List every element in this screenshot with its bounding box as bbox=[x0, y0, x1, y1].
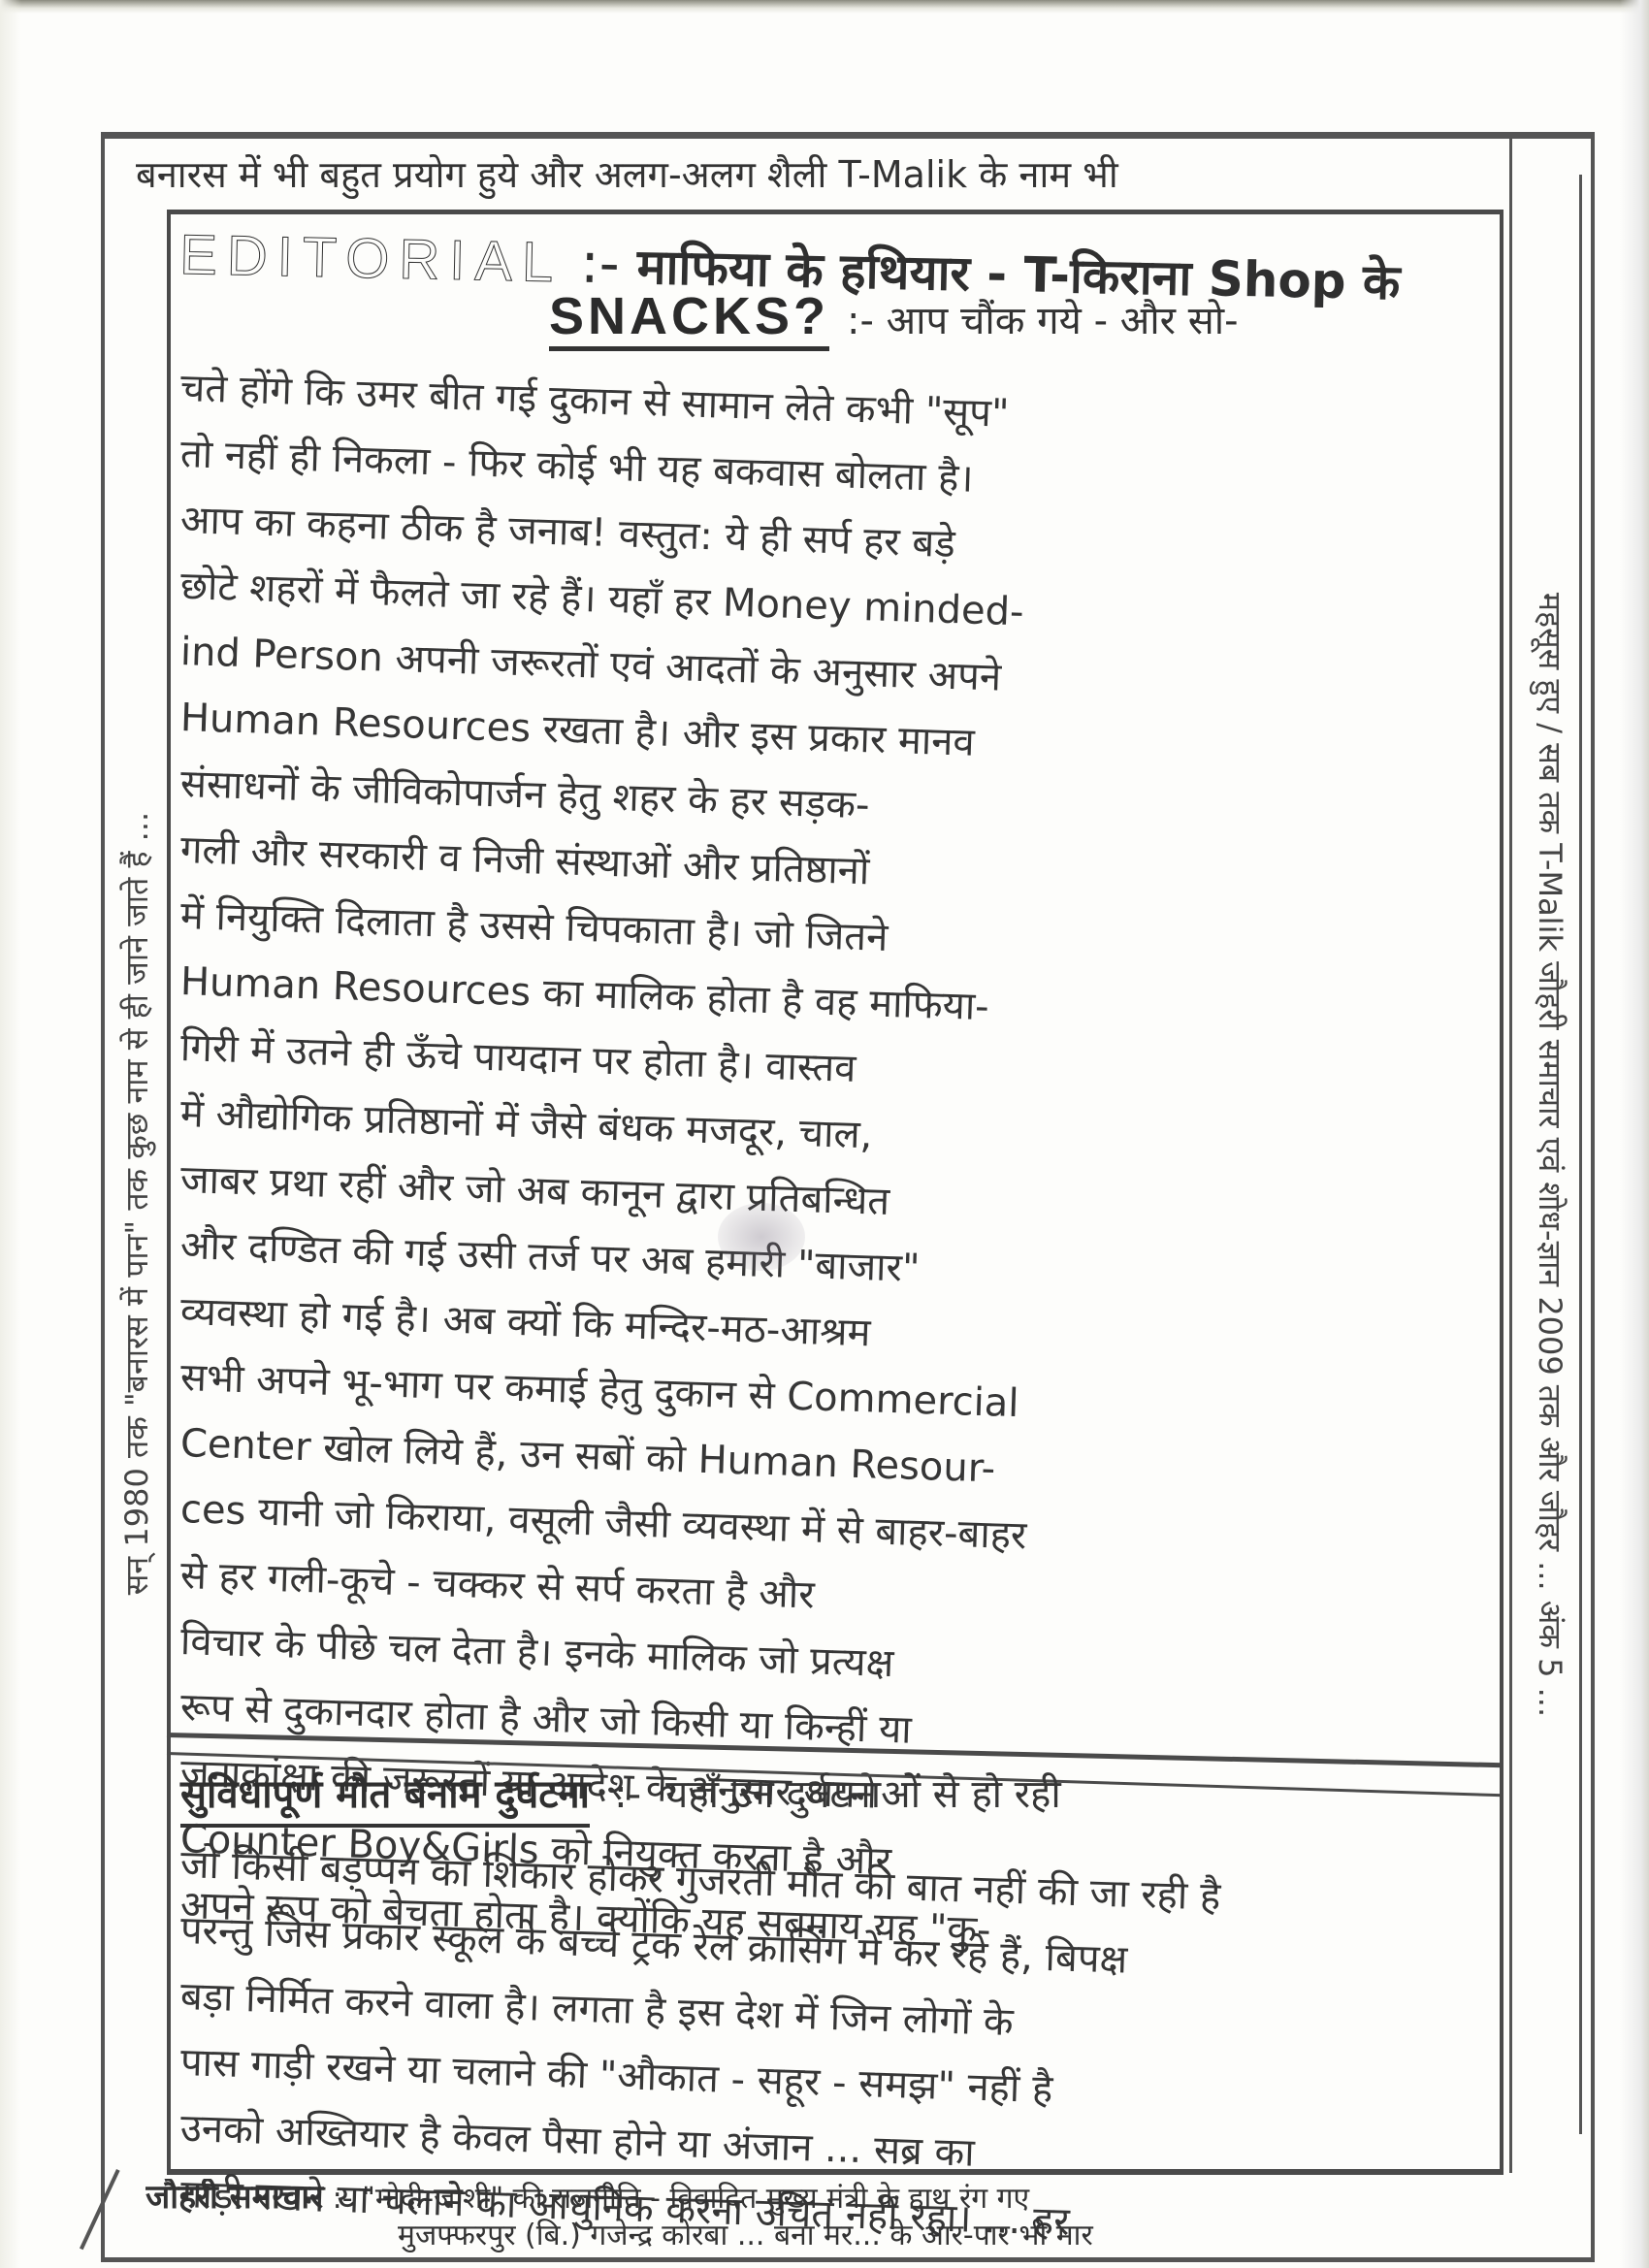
second-article-separator: :- bbox=[614, 1772, 641, 1817]
second-article-title-tail: यहाँ उन दुर्घटनाओं से हो रही bbox=[665, 1766, 1061, 1819]
editorial-body: चते होंगे कि उमर बीत गई दुकान से सामान ल… bbox=[180, 355, 1490, 1938]
left-margin-vertical-text: सन् 1980 तक "बनारस में पान" तक कुछ नाम स… bbox=[113, 204, 161, 2202]
editorial-label: EDITORIAL bbox=[178, 220, 564, 298]
right-margin-rule bbox=[1579, 175, 1582, 2134]
editorial-section: EDITORIAL :- माफिया के हथियार - T-किराना… bbox=[180, 219, 1490, 1938]
right-margin-text-content: महसूस हुए / सब तक T-Malik जौहरी समाचार ए… bbox=[1531, 592, 1572, 1716]
scan-edge-top bbox=[0, 0, 1649, 14]
bottom-news-label: जौहरी समाचार bbox=[145, 2179, 323, 2217]
editorial-heading: EDITORIAL :- माफिया के हथियार - T-किराना… bbox=[178, 219, 1489, 319]
bottom-news-line-2: मुजफ्फरपुर (बि.) गजेन्द्र कोरबा ... बना … bbox=[145, 2218, 1494, 2254]
scan-edge-right bbox=[1620, 0, 1649, 2268]
second-article-body: जो किसी बड़प्पन का शिकार होकर गुजरती मौत… bbox=[180, 1831, 1490, 2227]
top-margin-text-content: बनारस में भी बहुत प्रयोग हुये और अलग-अलग… bbox=[136, 153, 1118, 196]
second-article-heading: सुविधापूर्ण मौत बनाम दुर्घटना :- यहाँ उन… bbox=[180, 1766, 1490, 1828]
bottom-news-text-1: "मोदी-जोशी" की राजनीति - विवादित मुख्य म… bbox=[362, 2182, 1029, 2216]
second-article-section: सुविधापूर्ण मौत बनाम दुर्घटना :- यहाँ उन… bbox=[180, 1766, 1490, 2227]
left-margin-text-content: सन् 1980 तक "बनारस में पान" तक कुछ नाम स… bbox=[116, 811, 158, 1594]
editorial-separator: :- bbox=[580, 228, 621, 299]
page-fold-left bbox=[0, 0, 21, 2268]
ink-smudge bbox=[718, 1203, 805, 1271]
bottom-news-text-2: मुजफ्फरपुर (बि.) गजेन्द्र कोरबा ... बना … bbox=[398, 2219, 1093, 2252]
bottom-news-line-1: जौहरी समाचार :- "मोदी-जोशी" की राजनीति -… bbox=[145, 2179, 1494, 2218]
second-article-title: सुविधापूर्ण मौत बनाम दुर्घटना bbox=[180, 1766, 590, 1828]
bottom-news-strip: जौहरी समाचार :- "मोदी-जोशी" की राजनीति -… bbox=[145, 2179, 1494, 2256]
bottom-divider-line bbox=[167, 2169, 1503, 2174]
right-margin-vertical-text: महसूस हुए / सब तक T-Malik जौहरी समाचार ए… bbox=[1509, 136, 1590, 2173]
bottom-news-separator: :- bbox=[333, 2182, 353, 2216]
top-margin-text: बनारस में भी बहुत प्रयोग हुये और अलग-अलग… bbox=[136, 146, 1494, 204]
